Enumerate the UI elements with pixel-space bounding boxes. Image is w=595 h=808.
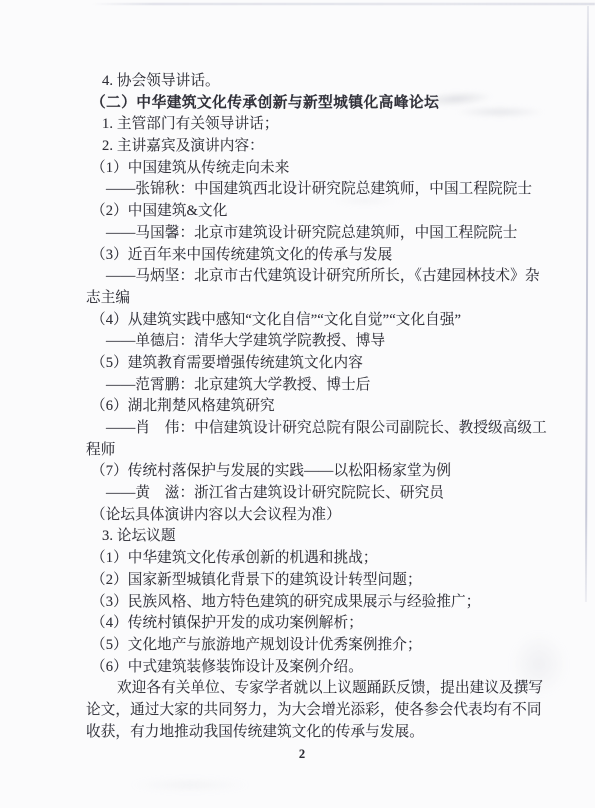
text-line: （3）近百年来中国传统建筑文化的传承与发展 xyxy=(86,245,530,267)
text-line: 1. 主管部门有关领导讲话； xyxy=(86,114,530,136)
text-line: 程师 xyxy=(86,440,530,462)
text-line: （6）中式建筑装修装饰设计及案例介绍。 xyxy=(86,657,530,679)
text-line: ——张锦秋：中国建筑西北设计研究院总建筑师，中国工程院院士 xyxy=(86,179,530,201)
text-line: ——马炳坚：北京市古代建筑设计研究所所长，《古建园林技术》杂 xyxy=(86,266,530,288)
text-line: ——单德启：清华大学建筑学院教授、博导 xyxy=(86,331,530,353)
text-line: 4. 协会领导讲话。 xyxy=(86,71,530,93)
text-line: （7）传统村落保护与发展的实践——以松阳杨家堂为例 xyxy=(86,461,530,483)
text-line: （6）湖北荆楚风格建筑研究 xyxy=(86,396,530,418)
text-line: 论文，通过大家的共同努力，为大会增光添彩，使各参会代表均有不同 xyxy=(86,700,530,722)
text-line: 2. 主讲嘉宾及演讲内容： xyxy=(86,136,530,158)
text-line: （1）中国建筑从传统走向未来 xyxy=(86,158,530,180)
text-line: （4）从建筑实践中感知“文化自信”“文化自觉”“文化自强” xyxy=(86,310,530,332)
scan-artifact-right-edge-line xyxy=(585,6,589,602)
section-heading-line: （二）中华建筑文化传承创新与新型城镇化高峰论坛 xyxy=(86,93,530,115)
text-line: 欢迎各有关单位、专家学者就以上议题踊跃反馈，提出建议及撰写 xyxy=(86,678,530,700)
text-line: （5）建筑教育需要增强传统建筑文化内容 xyxy=(86,353,530,375)
scanned-document-page: 4. 协会领导讲话。（二）中华建筑文化传承创新与新型城镇化高峰论坛1. 主管部门… xyxy=(0,0,595,808)
text-line: ——范霄鹏：北京建筑大学教授、博士后 xyxy=(86,375,530,397)
text-line: （5）文化地产与旅游地产规划设计优秀案例推介； xyxy=(86,635,530,657)
text-line: （1）中华建筑文化传承创新的机遇和挑战； xyxy=(86,548,530,570)
text-line: （2）国家新型城镇化背景下的建筑设计转型问题； xyxy=(86,570,530,592)
text-line: 收获，有力地推动我国传统建筑文化的传承与发展。 xyxy=(86,722,530,744)
text-line: ——肖 伟：中信建筑设计研究总院有限公司副院长、教授级高级工 xyxy=(86,418,530,440)
page-number: 2 xyxy=(86,747,518,762)
text-line: 志主编 xyxy=(86,288,530,310)
text-line: 3. 论坛议题 xyxy=(86,526,530,548)
text-line: （2）中国建筑&文化 xyxy=(86,201,530,223)
document-text-block: 4. 协会领导讲话。（二）中华建筑文化传承创新与新型城镇化高峰论坛1. 主管部门… xyxy=(86,71,530,743)
text-line: （4）传统村镇保护开发的成功案例解析； xyxy=(86,613,530,635)
scan-artifact-top-edge-line xyxy=(92,3,595,5)
scan-smudge xyxy=(130,778,250,792)
text-line: ——马国馨：北京市建筑设计研究院总建筑师，中国工程院院士 xyxy=(86,223,530,245)
text-line: ——黄 滋：浙江省古建筑设计研究院院长、研究员 xyxy=(86,483,530,505)
text-line: （论坛具体演讲内容以大会议程为准） xyxy=(86,505,530,527)
text-line: （3）民族风格、地方特色建筑的研究成果展示与经验推广； xyxy=(86,592,530,614)
